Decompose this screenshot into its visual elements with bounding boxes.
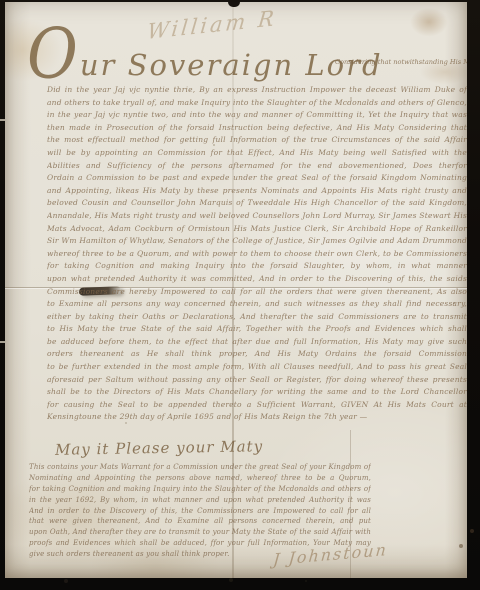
- document-title: O ur Soveraign Lord: [27, 24, 383, 84]
- manuscript-line: Sir Wm Hamilton of Whytlaw, Senators of …: [47, 235, 467, 248]
- manuscript-line: Commissioners are hereby Impowered to ca…: [47, 286, 467, 299]
- manuscript-line: Nominating and Appointing the persons ab…: [29, 473, 371, 484]
- manuscript-line: the most effectuall method for getting f…: [47, 134, 467, 147]
- manuscript-line: aforesaid per Saltum without passing any…: [47, 374, 467, 387]
- manuscript-line: for taking Cognition and making Inquiry …: [29, 484, 371, 495]
- manuscript-page: William R O ur Soveraign Lord Considerin…: [5, 2, 467, 578]
- manuscript-line: to His Maty the true State of the said A…: [47, 323, 467, 336]
- manuscript-line: for taking Cognition and making Inquiry …: [47, 260, 467, 273]
- manuscript-line: Did in the year Jaj vjc nyntie thrie, By…: [47, 84, 467, 97]
- foxing-specks: [5, 2, 7, 4]
- manuscript-line: then made in Prosecution of the forsaid …: [47, 122, 467, 135]
- title-initial-letter: O: [27, 20, 78, 87]
- manuscript-line: will be by appointing an Commission for …: [47, 147, 467, 160]
- manuscript-line: shall be to the Directors of His Mats Ch…: [47, 386, 467, 399]
- manuscript-line: and others to take tryall of, and make I…: [47, 97, 467, 110]
- manuscript-line: beloved Cousin and Counsellor John Marqu…: [47, 197, 467, 210]
- manuscript-line: either by taking their Oaths or Declarat…: [47, 311, 467, 324]
- manuscript-line: And in order to the Discovery of this, t…: [29, 506, 371, 517]
- docquet-heading: May it Please your Maty: [55, 437, 263, 459]
- photograph-frame: William R O ur Soveraign Lord Considerin…: [0, 0, 480, 590]
- manuscript-line: upon what pretended Authority it was com…: [47, 273, 467, 286]
- manuscript-line: in the year Jaj vjc nyntie two, and into…: [47, 109, 467, 122]
- manuscript-line: and Appointing, likeas His Maty by these…: [47, 185, 467, 198]
- manuscript-line: whereof three to be a Quorum, and with p…: [47, 248, 467, 261]
- manuscript-line: Annandale, His Mats right trusty and wel…: [47, 210, 467, 223]
- manuscript-line: orders thereanent as He shall think prop…: [47, 348, 467, 361]
- manuscript-line: be adduced before them, to the effect th…: [47, 336, 467, 349]
- manuscript-line: This contains your Mats Warrant for a Co…: [29, 462, 371, 473]
- manuscript-line: in the year 1692, By whom, in what manne…: [29, 495, 371, 506]
- manuscript-line: Kensingtoune the 29th day of Aprile 1695…: [47, 411, 467, 424]
- manuscript-line: Ordain a Commission to be past and exped…: [47, 172, 467, 185]
- title-continuation-text: Considering that notwithstanding His Mat…: [335, 58, 467, 66]
- commission-body-text: Did in the year Jaj vjc nyntie thrie, By…: [47, 84, 467, 424]
- manuscript-line: that were given thereanent, And to Exami…: [29, 516, 371, 527]
- manuscript-line: upon Oath, And therafter they are to tra…: [29, 527, 371, 538]
- manuscript-line: Abilities and Sufficiency of the persons…: [47, 160, 467, 173]
- manuscript-line: Mats Advocat, Adam Cockburn of Ormistoun…: [47, 223, 467, 236]
- manuscript-line: to be further extended in the most ample…: [47, 361, 467, 374]
- top-edge-notch: [228, 2, 240, 7]
- manuscript-line: for causing the Seal to be appended ther…: [47, 399, 467, 412]
- manuscript-line: to Examine all persons any way concerned…: [47, 298, 467, 311]
